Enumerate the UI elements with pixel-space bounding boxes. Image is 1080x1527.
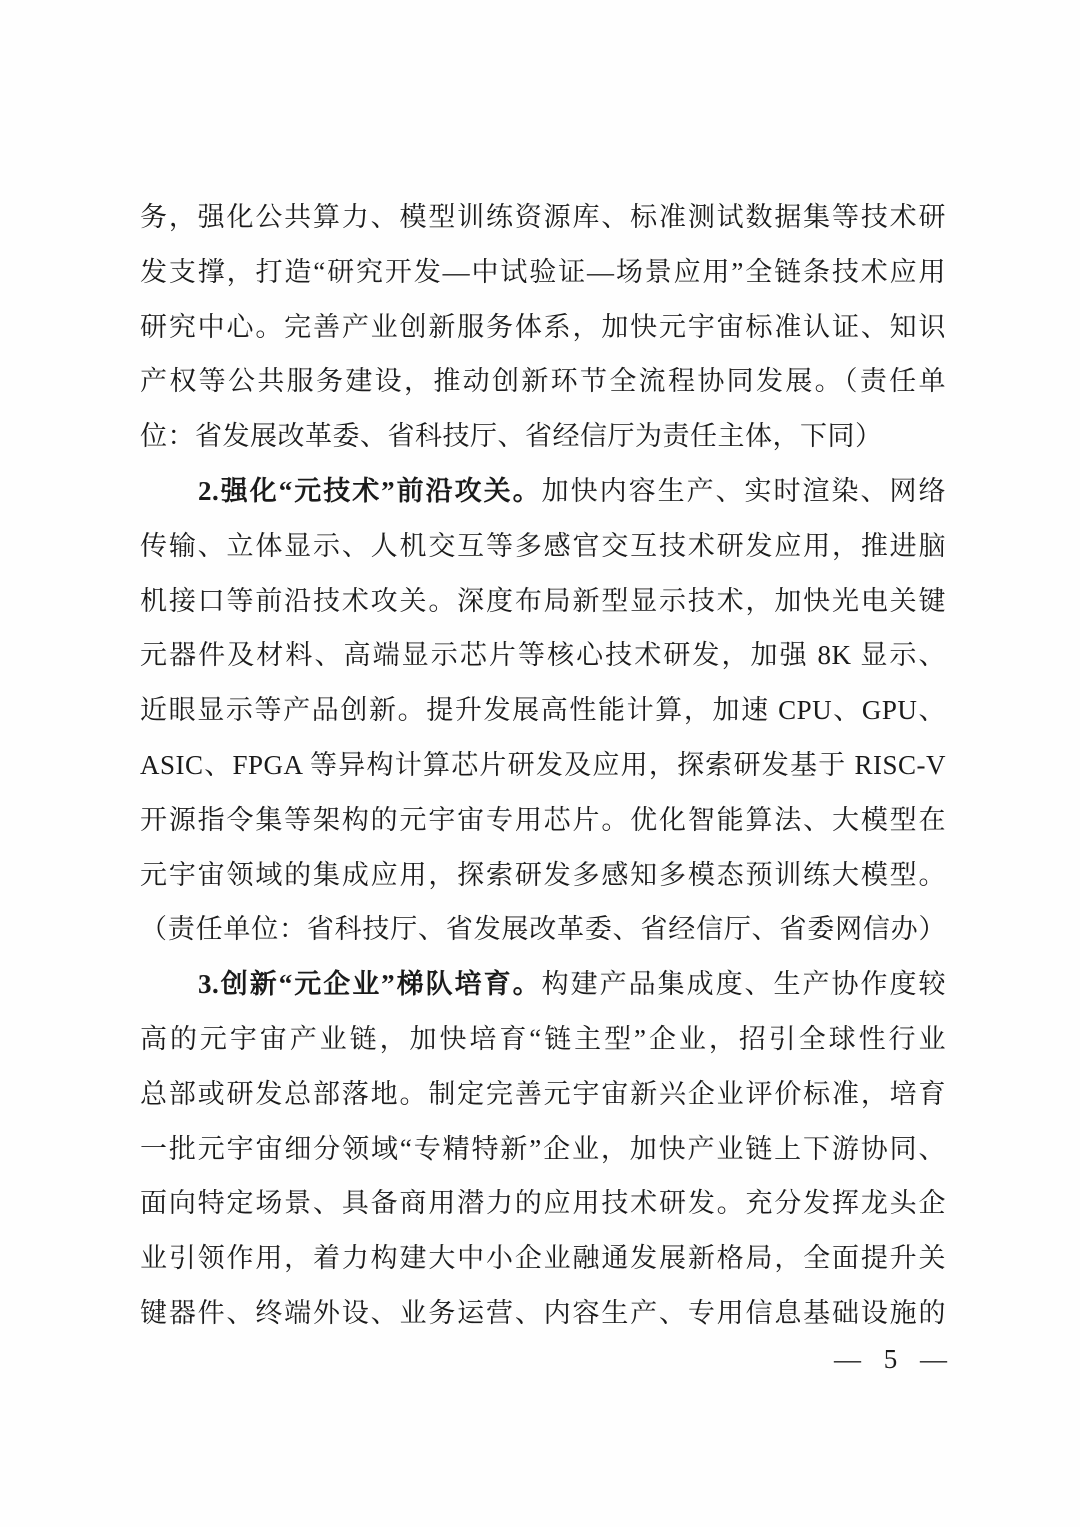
document-page: 务，强化公共算力、模型训练资源库、标准测试数据集等技术研发支撑，打造“研究开发—… — [0, 0, 1080, 1527]
text-line: 高的元宇宙产业链，加快培育“链主型”企业，招引全球性行业 — [140, 1012, 946, 1067]
line-text: 面向特定场景、具备商用潜力的应用技术研发。充分发挥龙头企 — [140, 1188, 946, 1218]
line-text: 加快内容生产、实时渲染、网络 — [542, 476, 946, 506]
text-line: 位：省发展改革委、省科技厅、省经信厅为责任主体，下同） — [140, 409, 946, 464]
line-text: 产权等公共服务建设，推动创新环节全流程协同发展。（责任单 — [140, 366, 946, 396]
line-text: 发支撑，打造“研究开发—中试验证—场景应用”全链条技术应用 — [140, 257, 946, 287]
line-text: ASIC、FPGA 等异构计算芯片研发及应用，探索研发基于 RISC-V — [140, 750, 946, 780]
text-line: 近眼显示等产品创新。提升发展高性能计算，加速 CPU、GPU、 — [140, 683, 946, 738]
line-text: （责任单位：省科技厅、省发展改革委、省经信厅、省委网信办） — [140, 914, 946, 944]
line-text: 业引领作用，着力构建大中小企业融通发展新格局，全面提升关 — [140, 1243, 946, 1273]
paragraph-heading: 3.创新“元企业”梯队培育。 — [198, 969, 542, 999]
text-line: 开源指令集等架构的元宇宙专用芯片。优化智能算法、大模型在 — [140, 793, 946, 848]
line-text: 传输、立体显示、人机交互等多感官交互技术研发应用，推进脑 — [140, 531, 946, 561]
line-text: 总部或研发总部落地。制定完善元宇宙新兴企业评价标准，培育 — [140, 1079, 946, 1109]
line-text: 开源指令集等架构的元宇宙专用芯片。优化智能算法、大模型在 — [140, 805, 946, 835]
text-line: 机接口等前沿技术攻关。深度布局新型显示技术，加快光电关键 — [140, 574, 946, 629]
line-text: 元器件及材料、高端显示芯片等核心技术研发，加强 8K 显示、 — [140, 640, 946, 670]
text-line: 3.创新“元企业”梯队培育。构建产品集成度、生产协作度较 — [140, 957, 946, 1012]
line-text: 一批元宇宙细分领域“专精特新”企业，加快产业链上下游协同、 — [140, 1134, 946, 1164]
text-line: 总部或研发总部落地。制定完善元宇宙新兴企业评价标准，培育 — [140, 1067, 946, 1122]
text-line: 元器件及材料、高端显示芯片等核心技术研发，加强 8K 显示、 — [140, 628, 946, 683]
text-line: 业引领作用，着力构建大中小企业融通发展新格局，全面提升关 — [140, 1231, 946, 1286]
line-text: 位：省发展改革委、省科技厅、省经信厅为责任主体，下同） — [140, 421, 883, 451]
line-text: 近眼显示等产品创新。提升发展高性能计算，加速 CPU、GPU、 — [140, 695, 946, 725]
page-number: — 5 — — [834, 1344, 947, 1375]
text-line: 2.强化“元技术”前沿攻关。加快内容生产、实时渲染、网络 — [140, 464, 946, 519]
text-line: 元宇宙领域的集成应用，探索研发多感知多模态预训练大模型。 — [140, 848, 946, 903]
text-line: （责任单位：省科技厅、省发展改革委、省经信厅、省委网信办） — [140, 902, 946, 957]
text-line: 传输、立体显示、人机交互等多感官交互技术研发应用，推进脑 — [140, 519, 946, 574]
text-line: 务，强化公共算力、模型训练资源库、标准测试数据集等技术研 — [140, 190, 946, 245]
text-line: 键器件、终端外设、业务运营、内容生产、专用信息基础设施的 — [140, 1286, 946, 1341]
line-text: 键器件、终端外设、业务运营、内容生产、专用信息基础设施的 — [140, 1298, 946, 1328]
line-text: 研究中心。完善产业创新服务体系，加快元宇宙标准认证、知识 — [140, 312, 946, 342]
text-line: 面向特定场景、具备商用潜力的应用技术研发。充分发挥龙头企 — [140, 1176, 946, 1231]
document-body: 务，强化公共算力、模型训练资源库、标准测试数据集等技术研发支撑，打造“研究开发—… — [140, 190, 946, 1341]
line-text: 元宇宙领域的集成应用，探索研发多感知多模态预训练大模型。 — [140, 860, 946, 890]
line-text: 务，强化公共算力、模型训练资源库、标准测试数据集等技术研 — [140, 202, 946, 232]
text-line: 产权等公共服务建设，推动创新环节全流程协同发展。（责任单 — [140, 354, 946, 409]
line-text: 高的元宇宙产业链，加快培育“链主型”企业，招引全球性行业 — [140, 1024, 946, 1054]
paragraph-heading: 2.强化“元技术”前沿攻关。 — [198, 476, 542, 506]
text-line: 研究中心。完善产业创新服务体系，加快元宇宙标准认证、知识 — [140, 300, 946, 355]
line-text: 构建产品集成度、生产协作度较 — [542, 969, 946, 999]
text-line: 一批元宇宙细分领域“专精特新”企业，加快产业链上下游协同、 — [140, 1122, 946, 1177]
text-line: 发支撑，打造“研究开发—中试验证—场景应用”全链条技术应用 — [140, 245, 946, 300]
line-text: 机接口等前沿技术攻关。深度布局新型显示技术，加快光电关键 — [140, 586, 946, 616]
text-line: ASIC、FPGA 等异构计算芯片研发及应用，探索研发基于 RISC-V — [140, 738, 946, 793]
